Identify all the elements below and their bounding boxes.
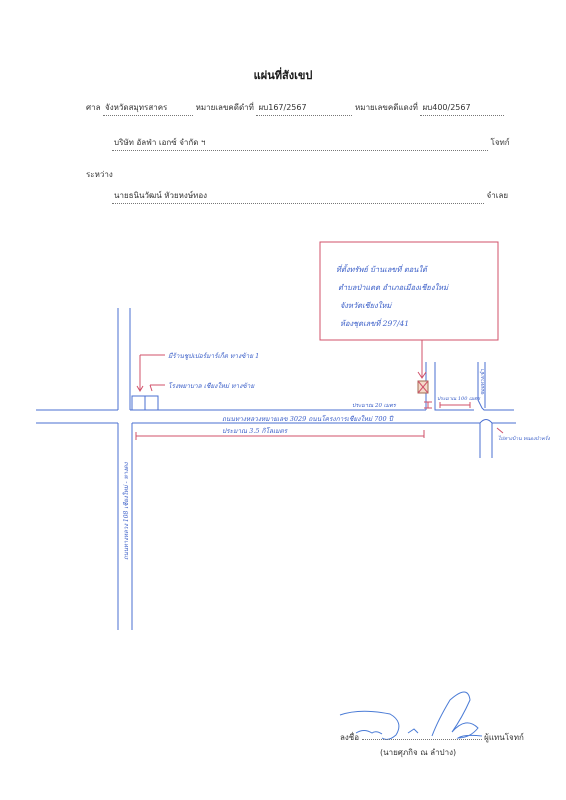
- side-soi-label: ซอยทางเข้า: [479, 369, 486, 395]
- landmark-2: โรงพยาบาล เชียงใหม่ ทางซ้าย: [168, 382, 255, 390]
- role-label: ผู้แทนโจทก์: [484, 733, 524, 742]
- signer-name: (นายศุภกิจ ณ ลำปาง): [380, 746, 456, 759]
- sign-label: ลงชื่อ: [340, 733, 359, 742]
- distance-short: ประมาณ 20 เมตร: [352, 403, 397, 409]
- roads: [36, 308, 516, 630]
- main-road-label: ถนนทางหลวงหมายเลข 3029 ถนนโครงการเชียงให…: [222, 415, 394, 423]
- right-note: ไปทางบ้าน หนองป่าครั่ง: [498, 434, 550, 442]
- map-labels: มีร้านชูปเปอร์มาร์เก็ต ทางซ้าย 1 โรงพยาบ…: [122, 351, 550, 560]
- address-line-4: ห้องชุดเลขที่ 297/41: [340, 318, 409, 328]
- address-line-3: จังหวัดเชียงใหม่: [340, 301, 392, 310]
- signature-row: ลงชื่อ ผู้แทนโจทก์: [340, 731, 524, 744]
- distance-soi: ประมาณ 100 เมตร: [437, 396, 481, 402]
- address-text: ที่ตั้งทรัพย์ บ้านเลขที่ ตอนใต้ ตำบลป่าแ…: [336, 264, 449, 328]
- signature-line: [362, 738, 482, 740]
- address-line-2: ตำบลป่าแดด อำเภอเมืองเชียงใหม่: [338, 283, 449, 292]
- distance-long: ประมาณ 3.5 กิโลเมตร: [222, 427, 289, 435]
- landmark-1: มีร้านชูปเปอร์มาร์เก็ต ทางซ้าย 1: [168, 351, 259, 360]
- vertical-road-label: ถนนทางหลวง 108 เชียงใหม่ - หางดง: [122, 461, 130, 560]
- sketch-map: ที่ตั้งทรัพย์ บ้านเลขที่ ตอนใต้ ตำบลป่าแ…: [0, 0, 566, 800]
- address-line-1: ที่ตั้งทรัพย์ บ้านเลขที่ ตอนใต้: [336, 264, 429, 274]
